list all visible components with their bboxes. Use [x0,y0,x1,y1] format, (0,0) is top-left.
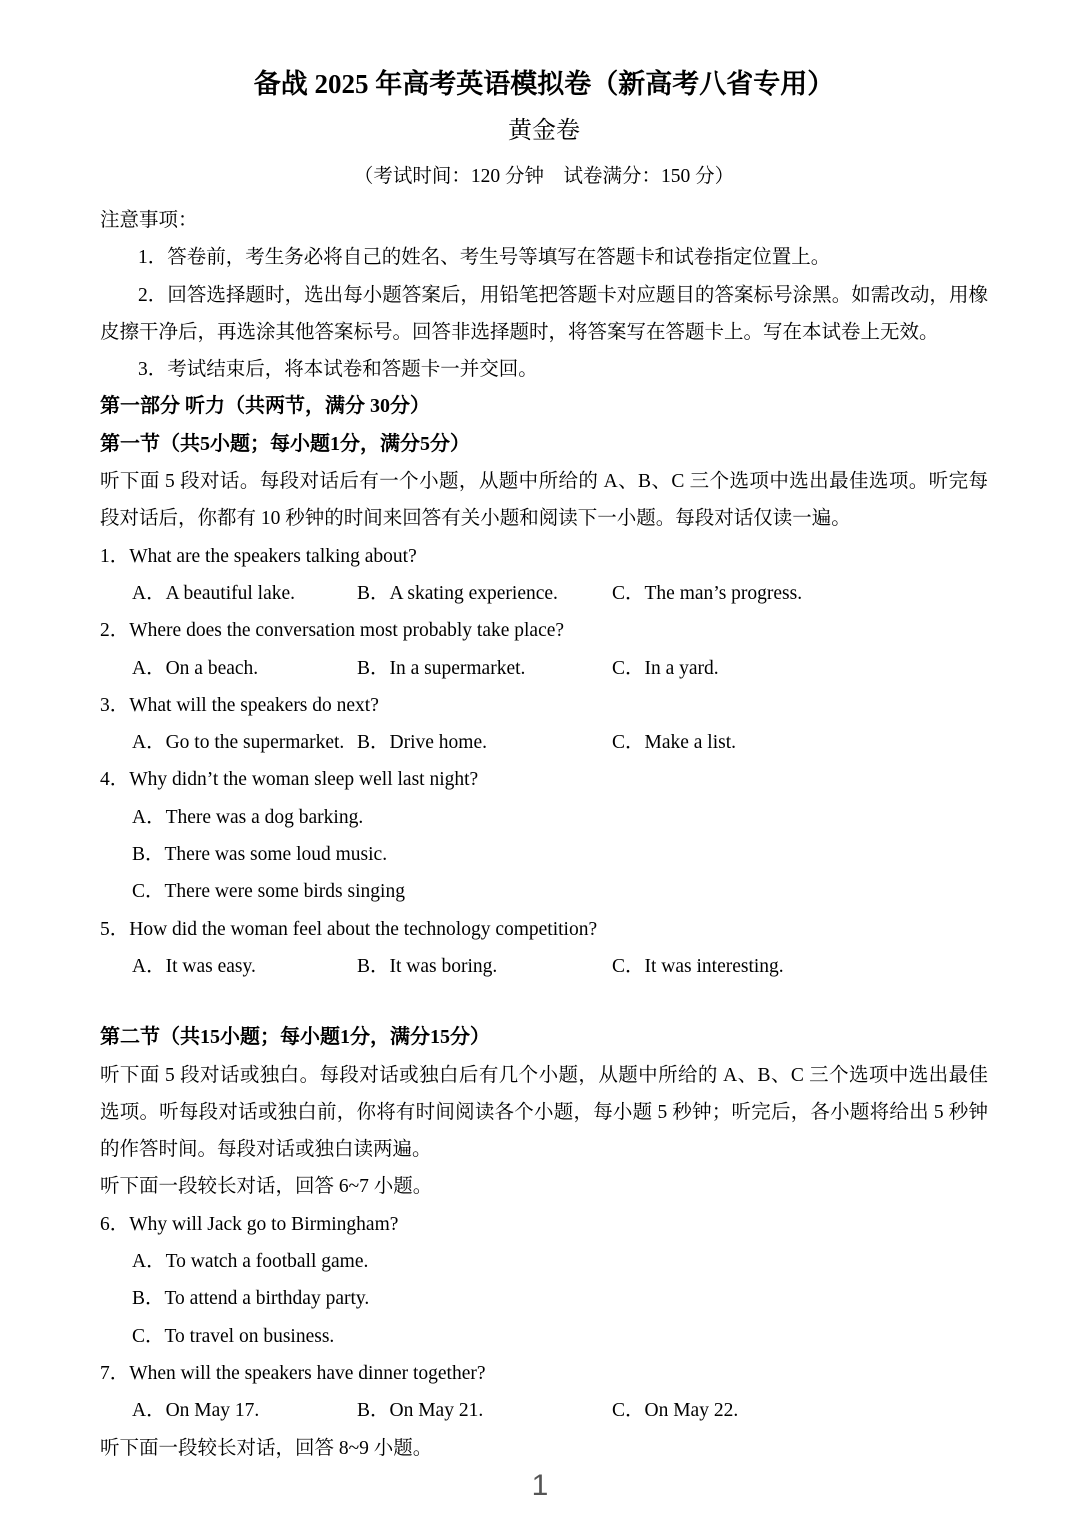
document-title: 备战 2025 年高考英语模拟卷（新高考八省专用） [100,64,988,104]
question-text: 1．What are the speakers talking about? [100,538,988,575]
options-row: A．It was easy.B．It was boring.C．It was i… [100,948,988,985]
option: C．It was interesting. [612,948,784,985]
option: A．A beautiful lake. [132,575,295,612]
option: B．In a supermarket. [357,650,525,687]
option: A．There was a dog barking. [100,799,988,836]
option: C．On May 22. [612,1392,738,1429]
option: C．To travel on business. [100,1318,988,1355]
options-row: A．On a beach.B．In a supermarket.C．In a y… [100,650,988,687]
dialog-intro-6-7: 听下面一段较长对话，回答 6~7 小题。 [100,1168,988,1205]
exam-info-line: （考试时间：120 分钟 试卷满分：150 分） [100,162,988,192]
part1-heading: 第一部分 听力（共两节，满分 30分） [100,388,988,425]
section1-heading: 第一节（共5小题；每小题1分，满分5分） [100,426,988,463]
option: B．It was boring. [357,948,497,985]
option: B．There was some loud music. [100,836,988,873]
page-number: 1 [0,1470,1080,1502]
page-content: 备战 2025 年高考英语模拟卷（新高考八省专用） 黄金卷 （考试时间：120 … [0,0,1080,1467]
section1-instructions: 听下面 5 段对话。每段对话后有一个小题，从题中所给的 A、B、C 三个选项中选… [100,463,988,538]
question-text: 7．When will the speakers have dinner tog… [100,1355,988,1392]
section2-questions: 6．Why will Jack go to Birmingham?A．To wa… [100,1206,988,1430]
options-row: A．Go to the supermarket.B．Drive home.C．M… [100,724,988,761]
section2-instructions: 听下面 5 段对话或独白。每段对话或独白后有几个小题，从题中所给的 A、B、C … [100,1057,988,1169]
question-text: 4．Why didn’t the woman sleep well last n… [100,761,988,798]
notices-heading: 注意事项： [100,202,988,239]
document-subtitle: 黄金卷 [100,114,988,148]
notice-item-1: 1．答卷前，考生务必将自己的姓名、考生号等填写在答题卡和试卷指定位置上。 [100,239,988,276]
dialog-intro-8-9: 听下面一段较长对话，回答 8~9 小题。 [100,1430,988,1467]
option: C．The man’s progress. [612,575,802,612]
option: B．A skating experience. [357,575,558,612]
option: A．Go to the supermarket. [132,724,344,761]
option: B．Drive home. [357,724,487,761]
section1-questions: 1．What are the speakers talking about?A．… [100,538,988,986]
notice-item-2: 2．回答选择题时，选出每小题答案后，用铅笔把答题卡对应题目的答案标号涂黑。如需改… [100,277,988,352]
option: A．To watch a football game. [100,1243,988,1280]
option: A．On May 17. [132,1392,259,1429]
options-row: A．A beautiful lake.B．A skating experienc… [100,575,988,612]
question-text: 3．What will the speakers do next? [100,687,988,724]
options-row: A．On May 17.B．On May 21.C．On May 22. [100,1392,988,1429]
exam-paper-page: 备战 2025 年高考英语模拟卷（新高考八省专用） 黄金卷 （考试时间：120 … [0,0,1080,1528]
option: C．In a yard. [612,650,719,687]
option: B．To attend a birthday party. [100,1280,988,1317]
option: B．On May 21. [357,1392,483,1429]
question-text: 6．Why will Jack go to Birmingham? [100,1206,988,1243]
option: A．It was easy. [132,948,256,985]
question-text: 5．How did the woman feel about the techn… [100,911,988,948]
option: C．There were some birds singing [100,873,988,910]
option: A．On a beach. [132,650,258,687]
question-text: 2．Where does the conversation most proba… [100,612,988,649]
option: C．Make a list. [612,724,736,761]
notice-item-3: 3．考试结束后，将本试卷和答题卡一并交回。 [100,351,988,388]
section2-heading: 第二节（共15小题；每小题1分，满分15分） [100,1019,988,1056]
